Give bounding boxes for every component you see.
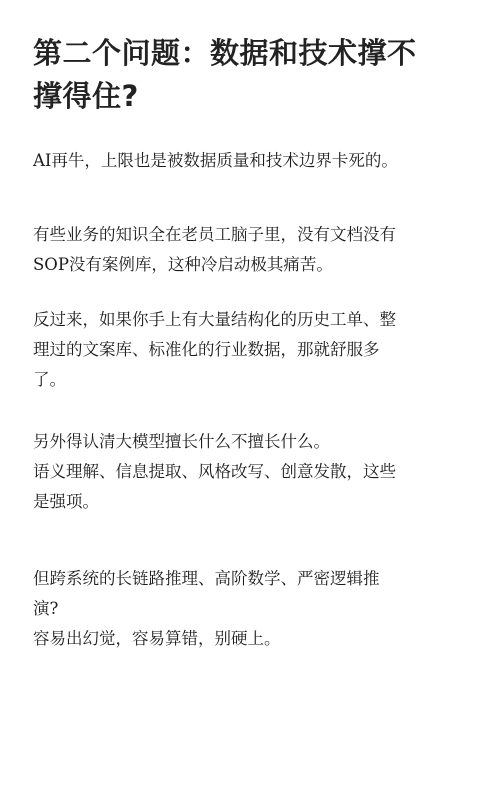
- paragraph-line: 但跨系统的长链路推理、高阶数学、严密逻辑推: [33, 564, 453, 594]
- paragraph-line: 另外得认清大模型擅长什么不擅长什么。: [33, 427, 453, 457]
- paragraph-line: 语义理解、信息提取、风格改写、创意发散，这些: [33, 457, 453, 487]
- paragraph-data-quality: AI再牛，上限也是被数据质量和技术边界卡死的。: [33, 146, 453, 176]
- paragraph-model-weaknesses: 但跨系统的长链路推理、高阶数学、严密逻辑推 演? 容易出幻觉，容易算错，别硬上。: [33, 564, 453, 654]
- paragraph-structured-data: 反过来，如果你手上有大量结构化的历史工单、整 理过的文案库、标准化的行业数据，那…: [33, 305, 453, 395]
- paragraph-line: 有些业务的知识全在老员工脑子里，没有文档没有: [33, 220, 453, 250]
- article: 第二个问题：数据和技术撑不 撑得住? AI再牛，上限也是被数据质量和技术边界卡死…: [33, 32, 453, 654]
- title-line: 第二个问题：数据和技术撑不: [33, 32, 453, 75]
- paragraph-cold-start: 有些业务的知识全在老员工脑子里，没有文档没有 SOP没有案例库，这种冷启动极其痛…: [33, 220, 453, 280]
- paragraph-line: 演?: [33, 594, 453, 624]
- paragraph-line: SOP没有案例库，这种冷启动极其痛苦。: [33, 250, 453, 280]
- paragraph-line: 了。: [33, 365, 453, 395]
- title-line: 撑得住?: [33, 75, 453, 118]
- paragraph-line: 容易出幻觉，容易算错，别硬上。: [33, 624, 453, 654]
- paragraph-model-strengths: 另外得认清大模型擅长什么不擅长什么。 语义理解、信息提取、风格改写、创意发散，这…: [33, 427, 453, 517]
- article-title: 第二个问题：数据和技术撑不 撑得住?: [33, 32, 453, 118]
- paragraph-line: 理过的文案库、标准化的行业数据，那就舒服多: [33, 335, 453, 365]
- paragraph-line: 反过来，如果你手上有大量结构化的历史工单、整: [33, 305, 453, 335]
- paragraph-line: AI再牛，上限也是被数据质量和技术边界卡死的。: [33, 146, 453, 176]
- paragraph-line: 是强项。: [33, 487, 453, 517]
